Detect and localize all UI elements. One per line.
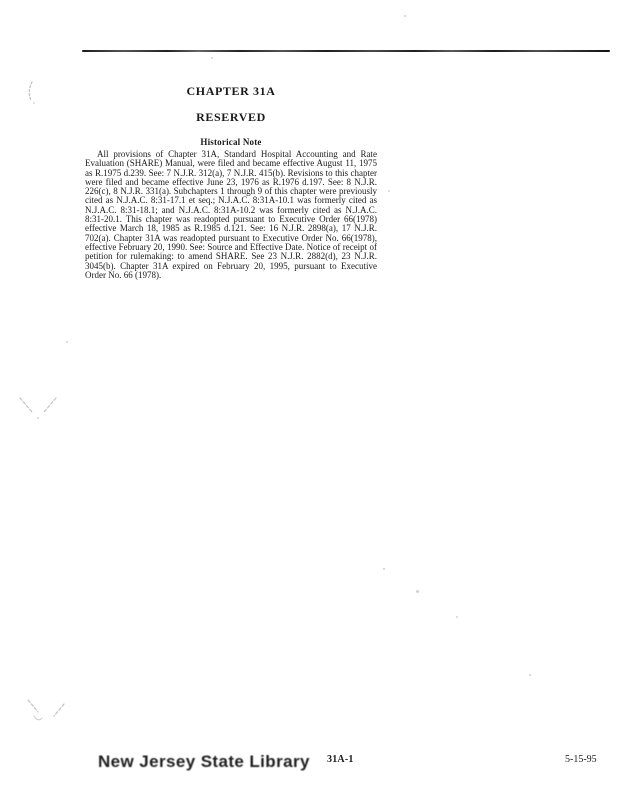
scanned-document-page: CHAPTER 31A RESERVED Historical Note All… [0, 0, 618, 800]
page-top-rule [82, 50, 610, 52]
page-number: 31A-1 [327, 754, 354, 765]
noise-speck [456, 616, 458, 618]
noise-speck [211, 57, 213, 59]
noise-speck [66, 341, 68, 343]
reserved-status: RESERVED [85, 110, 377, 125]
library-stamp: New Jersey State Library [98, 752, 310, 772]
text-column: CHAPTER 31A RESERVED Historical Note All… [85, 84, 377, 280]
scan-mark-middle-left [16, 394, 60, 424]
noise-speck [404, 15, 406, 17]
noise-speck [416, 590, 419, 593]
chapter-title: CHAPTER 31A [85, 84, 377, 99]
noise-speck [529, 674, 531, 676]
noise-speck [383, 568, 385, 570]
footer-date: 5-15-95 [565, 754, 597, 765]
historical-note-body: All provisions of Chapter 31A, Standard … [85, 150, 377, 280]
scan-mark-lower-left [20, 696, 68, 730]
scan-mark-upper-left [22, 80, 46, 108]
noise-speck [388, 190, 390, 192]
historical-note-heading: Historical Note [85, 137, 377, 147]
